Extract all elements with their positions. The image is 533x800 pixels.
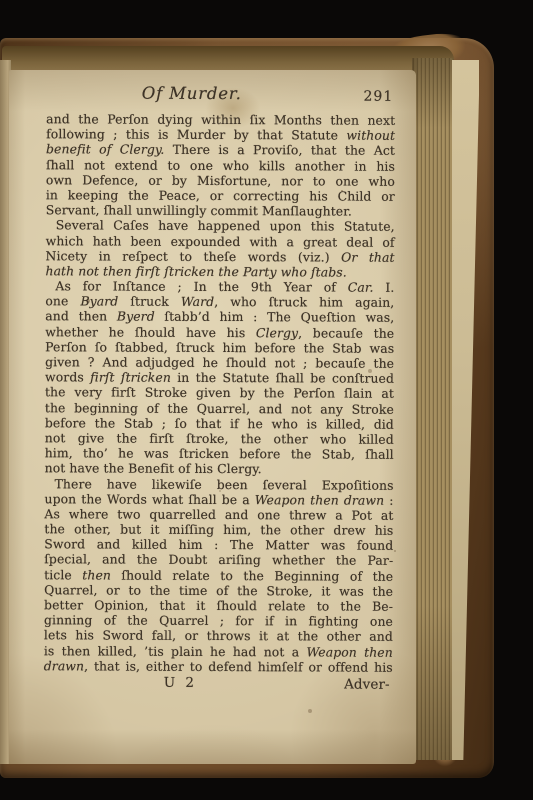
text-line: hath not then firſt ſtricken the Party w… xyxy=(45,263,394,280)
text-line: lets his Sword fall, or throws it at the… xyxy=(44,628,393,645)
text-line: him, tho’ he was ſtricken before the Sta… xyxy=(45,445,394,462)
text-line: ticle then ſhould relate to the Beginnin… xyxy=(44,567,393,584)
text-line: Several Caſes have happened upon this St… xyxy=(46,218,395,235)
text-line: before the Stab ; ſo that if he who is k… xyxy=(45,415,394,432)
text-line: upon the Words what ſhall be a Weapon th… xyxy=(44,491,393,508)
text-line: following ; this is Murder by that Statu… xyxy=(46,126,395,143)
catchword: Adver- xyxy=(344,676,390,692)
page-text: Of Murder. 291 and the Perſon dying with… xyxy=(44,83,396,693)
text-line: ginning of the Quarrel ; for if in fight… xyxy=(44,612,393,629)
photo-background: { "colors": { "background": "#0a0807", "… xyxy=(0,0,533,800)
text-line: Nicety in reſpect to theſe words (viz.) … xyxy=(46,248,395,265)
text-line: own Defence, or by Misfortune, nor to on… xyxy=(46,172,395,189)
text-line: not have the Benefit of his Clergy. xyxy=(45,461,394,478)
text-line: the beginning of the Quarrel, and not an… xyxy=(45,400,394,417)
paper-specks xyxy=(9,70,11,72)
text-line: whether he ſhould have his Clergy, becau… xyxy=(45,324,394,341)
text-line: Servant, ſhall unwillingly commit Manſla… xyxy=(46,202,395,219)
text-line: Sword and killed him : The Matter was fo… xyxy=(44,536,393,553)
text-line: not give the firſt ſtroke, the other who… xyxy=(45,430,394,447)
text-line: the other, but it miſſing him, the other… xyxy=(44,521,393,538)
text-line: in keeping the Peace, or correcting his … xyxy=(46,187,395,204)
signature-row: U 2 Adver- xyxy=(44,674,393,694)
text-line: one Byard ſtruck Ward, who ſtruck him ag… xyxy=(45,293,394,310)
running-head: Of Murder. 291 xyxy=(46,83,395,111)
text-line: better Opinion, that it ſhould relate to… xyxy=(44,597,393,614)
text-line: ſhall not extend to one who kills anothe… xyxy=(46,157,395,174)
text-line: the very firſt Stroke given by the Perſo… xyxy=(45,385,394,402)
signature-mark: U 2 xyxy=(164,675,197,691)
text-line: ſpecial, and the Doubt ariſing whether t… xyxy=(44,552,393,569)
text-line: benefit of Clergy. There is a Proviſo, t… xyxy=(46,142,395,159)
text-line: words firſt ſtricken in the Statute ſhal… xyxy=(45,369,394,386)
text-line: which hath been expounded with a great d… xyxy=(46,233,395,250)
book-page: Of Murder. 291 and the Perſon dying with… xyxy=(9,70,416,764)
text-line: drawn, that is, either to defend himſelf… xyxy=(44,658,393,675)
fore-edge-pages xyxy=(412,58,454,760)
text-line: and the Perſon dying within ſix Months t… xyxy=(46,111,395,128)
text-line: Quarrel, or to the time of the Stroke, i… xyxy=(44,582,393,599)
text-line: and then Byerd ſtabb’d him : The Queſtio… xyxy=(45,309,394,326)
body-text: and the Perſon dying within ſix Months t… xyxy=(44,111,395,674)
text-line: given ? And adjudged he ſhould not ; bec… xyxy=(45,354,394,371)
page-number: 291 xyxy=(364,89,394,105)
text-line: As for Inſtance ; In the 9th Year of Car… xyxy=(45,278,394,295)
book-photo: Of Murder. 291 and the Perſon dying with… xyxy=(0,0,533,800)
running-head-title: Of Murder. xyxy=(46,83,337,103)
text-line: There have likewiſe been ſeveral Expoſit… xyxy=(45,476,394,493)
text-line: Perſon ſo ſtabbed, ſtruck him before the… xyxy=(45,339,394,356)
text-line: is then killed, ’tis plain he had not a … xyxy=(44,643,393,660)
text-line: As where two quarrelled and one threw a … xyxy=(44,506,393,523)
